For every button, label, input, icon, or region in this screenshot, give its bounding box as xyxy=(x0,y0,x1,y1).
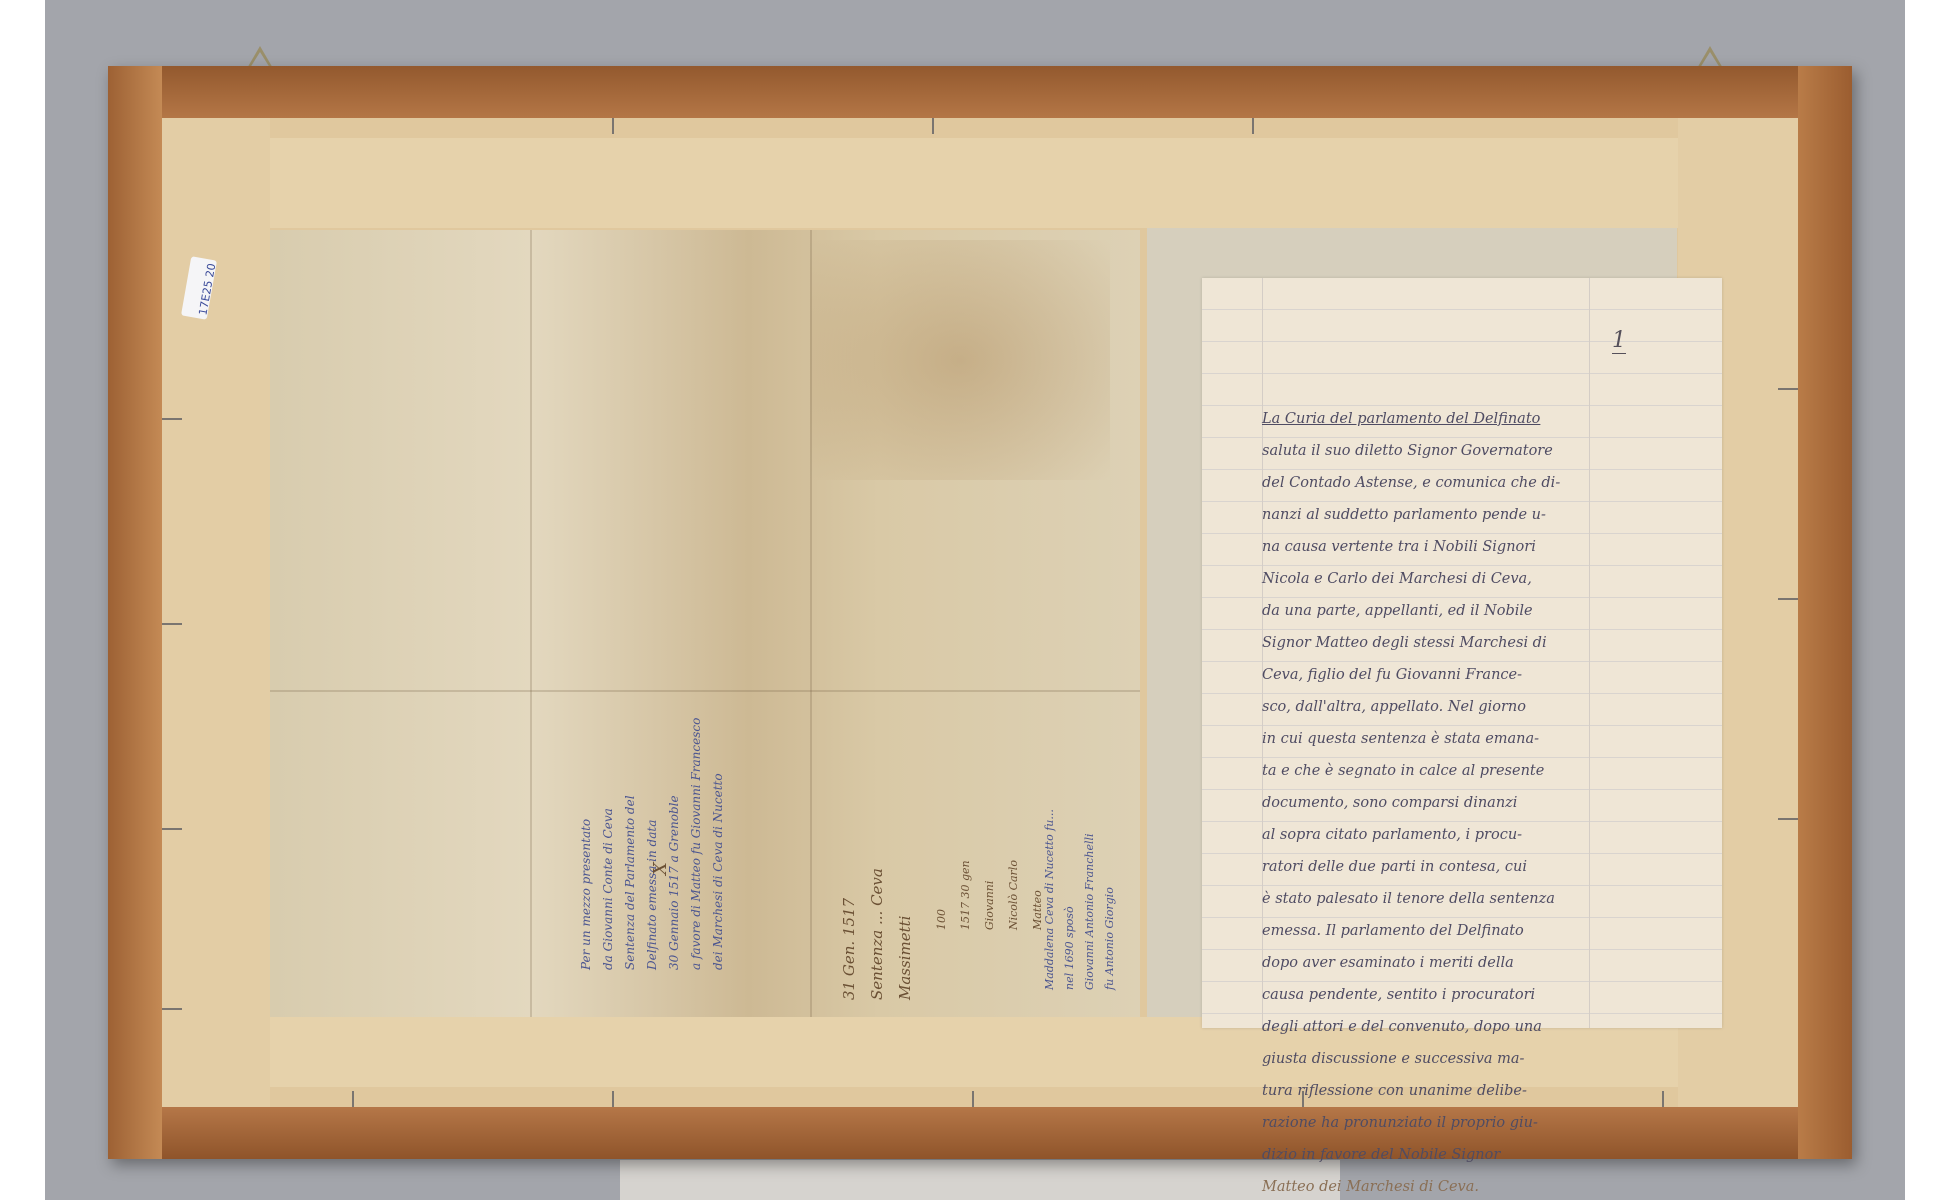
transcription-line: causa pendente, sentito i procuratori xyxy=(1262,979,1607,1011)
retaining-pin xyxy=(1778,818,1798,820)
transcription-line: Ceva, figlio del fu Giovanni France- xyxy=(1262,659,1607,691)
transcription-line: razione ha pronunziato il proprio giu- xyxy=(1262,1107,1607,1139)
brown-archival-note-small: 100 1517 30 gen Giovanni Nicolò Carlo Ma… xyxy=(930,860,1050,930)
retaining-pin xyxy=(1778,388,1798,390)
transcription-line: è stato palesato il tenore della sentenz… xyxy=(1262,883,1607,915)
transcription-line: documento, sono comparsi dinanzi xyxy=(1262,787,1607,819)
page-number: 1 xyxy=(1612,328,1626,354)
retaining-pin xyxy=(162,418,182,420)
retaining-pin xyxy=(612,118,614,134)
transcription-line: Nicola e Carlo dei Marchesi di Ceva, xyxy=(1262,563,1607,595)
transcription-line: nanzi al suddetto parlamento pende u- xyxy=(1262,499,1607,531)
frame-left-rail xyxy=(108,66,162,1159)
transcription-line: ratori delle due parti in contesa, cui xyxy=(1262,851,1607,883)
retaining-pin xyxy=(612,1091,614,1107)
retaining-pin xyxy=(1662,1091,1664,1107)
frame-right-rail xyxy=(1798,66,1852,1159)
transcription-text: La Curia del parlamento del Delfinato sa… xyxy=(1262,403,1607,1200)
transcription-line: Matteo dei Marchesi di Ceva. xyxy=(1262,1171,1607,1200)
retaining-pin xyxy=(932,118,934,134)
blue-archival-note: Per un mezzo presentato da Giovanni Cont… xyxy=(575,718,729,970)
retaining-pin xyxy=(1778,598,1798,600)
cross-mark: X xyxy=(650,862,671,875)
frame-interior: Per un mezzo presentato da Giovanni Cont… xyxy=(162,118,1798,1107)
transcription-line: emessa. Il parlamento del Delfinato xyxy=(1262,915,1607,947)
transcription-line: La Curia del parlamento del Delfinato xyxy=(1262,403,1607,435)
transcription-line: degli attori e del convenuto, dopo una xyxy=(1262,1011,1607,1043)
transcription-line: dizio in favore del Nobile Signor xyxy=(1262,1139,1607,1171)
retaining-pin xyxy=(162,828,182,830)
retaining-pin xyxy=(972,1091,974,1107)
retaining-pin xyxy=(352,1091,354,1107)
transcription-line: da una parte, appellanti, ed il Nobile xyxy=(1262,595,1607,627)
vellum-stain xyxy=(810,240,1110,480)
transcription-line: dopo aver esaminato i meriti della xyxy=(1262,947,1607,979)
transcription-line: na causa vertente tra i Nobili Signori xyxy=(1262,531,1607,563)
transcription-page: 1 La Curia del parlamento del Delfinato … xyxy=(1202,278,1722,1028)
transcription-line: del Contado Astense, e comunica che di- xyxy=(1262,467,1607,499)
frame-top-rail xyxy=(108,66,1852,118)
support-block xyxy=(620,1160,1340,1200)
vellum-document: Per un mezzo presentato da Giovanni Cont… xyxy=(270,230,1140,1030)
retaining-pin xyxy=(1302,1091,1304,1107)
blue-genealogy-note: Maddalena Ceva di Nucetto fu... nel 1690… xyxy=(1040,809,1120,990)
transcription-line: ta e che è segnato in calce al presente xyxy=(1262,755,1607,787)
mat-strip-top xyxy=(270,138,1678,228)
transcription-line: saluta il suo diletto Signor Governatore xyxy=(1262,435,1607,467)
transcription-line: al sopra citato parlamento, i procu- xyxy=(1262,819,1607,851)
retaining-pin xyxy=(162,1008,182,1010)
transcription-line: sco, dall'altra, appellato. Nel giorno xyxy=(1262,691,1607,723)
transcription-line: giusta discussione e successiva ma- xyxy=(1262,1043,1607,1075)
brown-archival-note: 31 Gen. 1517 Sentenza ... Ceva Massimett… xyxy=(835,868,919,1000)
transcription-line: Signor Matteo degli stessi Marchesi di xyxy=(1262,627,1607,659)
fold-line xyxy=(530,230,532,1030)
transcription-line: tura riflessione con unanime delibe- xyxy=(1262,1075,1607,1107)
wooden-frame: Per un mezzo presentato da Giovanni Cont… xyxy=(108,66,1852,1159)
retaining-pin xyxy=(162,623,182,625)
fold-line xyxy=(810,230,812,1030)
fold-line xyxy=(270,690,1140,692)
transcription-line: in cui questa sentenza è stata emana- xyxy=(1262,723,1607,755)
retaining-pin xyxy=(1252,118,1254,134)
